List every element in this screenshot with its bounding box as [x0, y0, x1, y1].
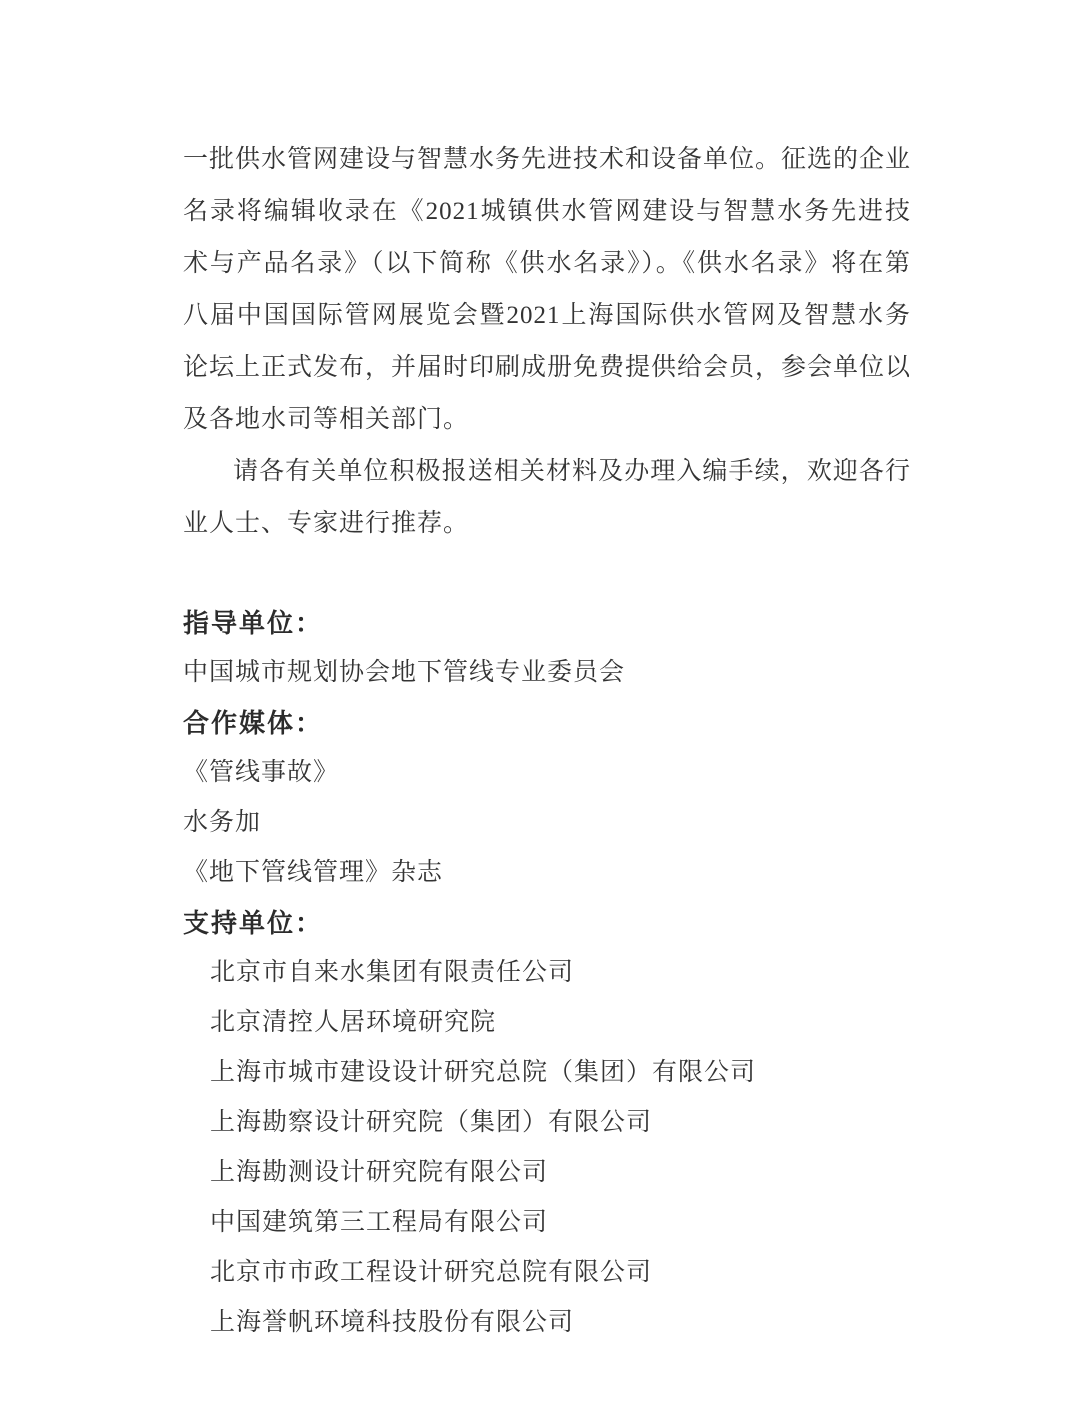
supporting-unit-item: 上海市城市建设设计研究总院（集团）有限公司 — [183, 1048, 911, 1098]
media-partner-item: 《地下管线管理》杂志 — [183, 848, 911, 898]
heading-media-partners: 合作媒体： — [183, 698, 911, 748]
heading-guidance-unit: 指导单位： — [183, 598, 911, 648]
supporting-unit-item: 北京市市政工程设计研究总院有限公司 — [183, 1248, 911, 1298]
supporting-unit-item: 上海勘察设计研究院（集团）有限公司 — [183, 1098, 911, 1148]
body-text-block: 一批供水管网建设与智慧水务先进技术和设备单位。征选的企业名录将编辑收录在《202… — [183, 134, 911, 550]
body-paragraph-2: 请各有关单位积极报送相关材料及办理入编手续，欢迎各行业人士、专家进行推荐。 — [183, 446, 911, 550]
media-partner-item: 《管线事故》 — [183, 748, 911, 798]
sections-block: 指导单位： 中国城市规划协会地下管线专业委员会 合作媒体： 《管线事故》 水务加… — [183, 598, 911, 1348]
media-partner-item: 水务加 — [183, 798, 911, 848]
supporting-unit-item: 上海勘测设计研究院有限公司 — [183, 1148, 911, 1198]
supporting-unit-item: 中国建筑第三工程局有限公司 — [183, 1198, 911, 1248]
heading-supporting-units: 支持单位： — [183, 898, 911, 948]
guidance-unit-name: 中国城市规划协会地下管线专业委员会 — [183, 648, 911, 698]
body-paragraph-1: 一批供水管网建设与智慧水务先进技术和设备单位。征选的企业名录将编辑收录在《202… — [183, 134, 911, 446]
supporting-unit-item: 北京市自来水集团有限责任公司 — [183, 948, 911, 998]
document-page: 一批供水管网建设与智慧水务先进技术和设备单位。征选的企业名录将编辑收录在《202… — [0, 0, 1080, 1405]
supporting-unit-item: 北京清控人居环境研究院 — [183, 998, 911, 1048]
supporting-unit-item: 上海誉帆环境科技股份有限公司 — [183, 1298, 911, 1348]
section-gap — [183, 550, 911, 598]
